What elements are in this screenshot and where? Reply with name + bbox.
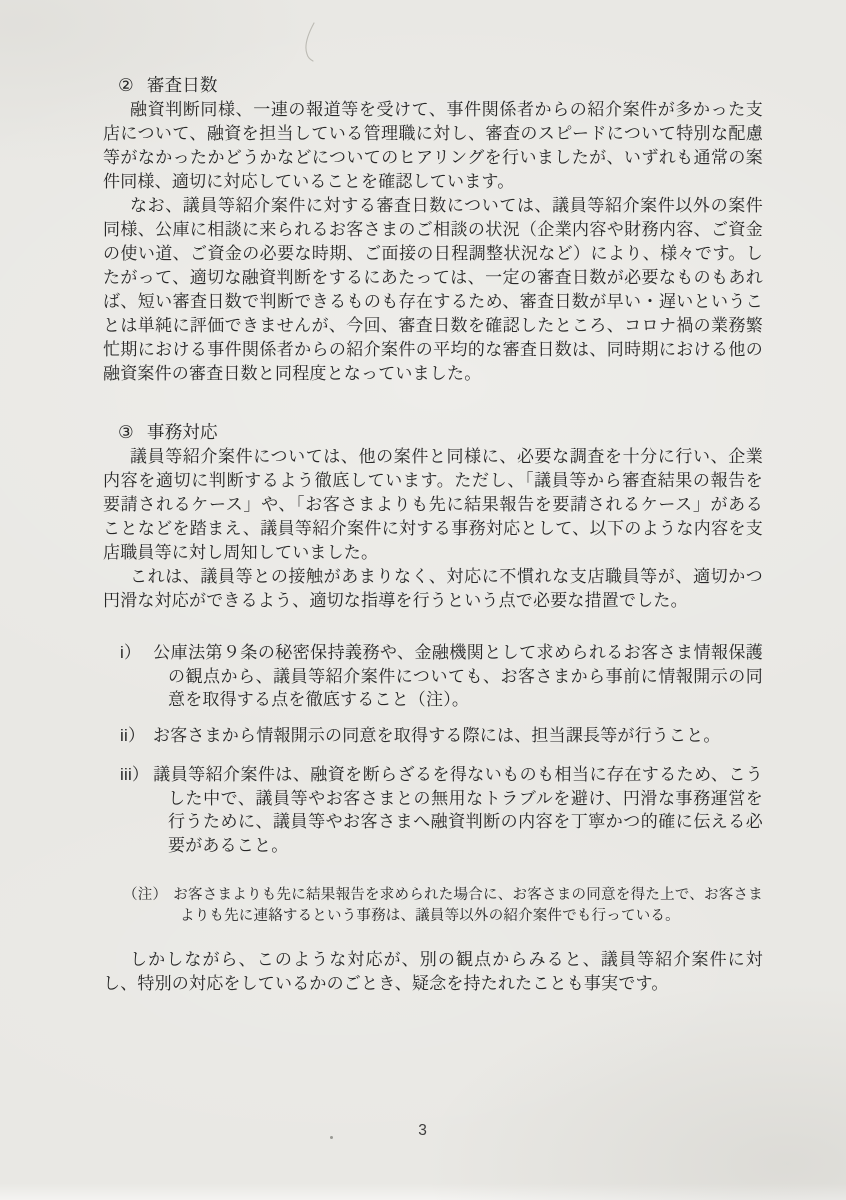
section-review-days: ②審査日数 融資判断同様、一連の報道等を受けて、事件関係者からの紹介案件が多かっ… xyxy=(103,72,763,386)
roman-numbered-list: i）公庫法第９条の秘密保持義務や、金融機関として求められるお客さま情報保護の観点… xyxy=(103,641,763,857)
list-item-i: i）公庫法第９条の秘密保持義務や、金融機関として求められるお客さま情報保護の観点… xyxy=(168,641,763,712)
section-heading: ③事務対応 xyxy=(118,419,763,445)
list-item-label: i） xyxy=(120,641,153,665)
section-number: ③ xyxy=(118,422,134,442)
document-content: ②審査日数 融資判断同様、一連の報道等を受けて、事件関係者からの紹介案件が多かっ… xyxy=(103,72,763,996)
list-item-text: お客さまから情報開示の同意を取得する際には、担当課長等が行うこと。 xyxy=(153,726,721,745)
body-paragraph: なお、議員等紹介案件に対する審査日数については、議員等紹介案件以外の案件同様、公… xyxy=(103,194,763,386)
closing-paragraph: しかしながら、このような対応が、別の観点からみると、議員等紹介案件に対し、特別の… xyxy=(103,948,763,996)
list-item-label: iii） xyxy=(120,763,153,787)
page-number: 3 xyxy=(0,1122,846,1140)
body-paragraph: 議員等紹介案件については、他の案件と同様に、必要な調査を十分に行い、企業内容を適… xyxy=(103,445,763,565)
footnote: （注）お客さまよりも先に結果報告を求められた場合に、お客さまの同意を得た上で、お… xyxy=(180,885,763,927)
list-item-iii: iii）議員等紹介案件は、融資を断らざるを得ないものも相当に存在するため、こうし… xyxy=(168,763,763,857)
list-item-text: 公庫法第９条の秘密保持義務や、金融機関として求められるお客さま情報保護の観点から… xyxy=(153,643,763,709)
scan-crease-artifact xyxy=(300,22,324,64)
section-title: 審査日数 xyxy=(147,75,218,95)
scanned-document-page: ②審査日数 融資判断同様、一連の報道等を受けて、事件関係者からの紹介案件が多かっ… xyxy=(0,0,846,1200)
scan-speck-artifact xyxy=(330,1136,333,1139)
section-clerical-handling: ③事務対応 議員等紹介案件については、他の案件と同様に、必要な調査を十分に行い、… xyxy=(103,419,763,613)
footnote-label: （注） xyxy=(123,887,167,903)
list-item-ii: ii）お客さまから情報開示の同意を取得する際には、担当課長等が行うこと。 xyxy=(168,724,763,748)
section-number: ② xyxy=(118,75,134,95)
list-item-text: 議員等紹介案件は、融資を断らざるを得ないものも相当に存在するため、こうした中で、… xyxy=(153,765,763,855)
section-title: 事務対応 xyxy=(147,422,218,442)
footnote-text: お客さまよりも先に結果報告を求められた場合に、お客さまの同意を得た上で、お客さま… xyxy=(173,887,763,924)
list-item-label: ii） xyxy=(120,724,153,748)
section-heading: ②審査日数 xyxy=(118,72,763,98)
body-paragraph: 融資判断同様、一連の報道等を受けて、事件関係者からの紹介案件が多かった支店につい… xyxy=(103,98,763,194)
body-paragraph: これは、議員等との接触があまりなく、対応に不慣れな支店職員等が、適切かつ円滑な対… xyxy=(103,565,763,613)
